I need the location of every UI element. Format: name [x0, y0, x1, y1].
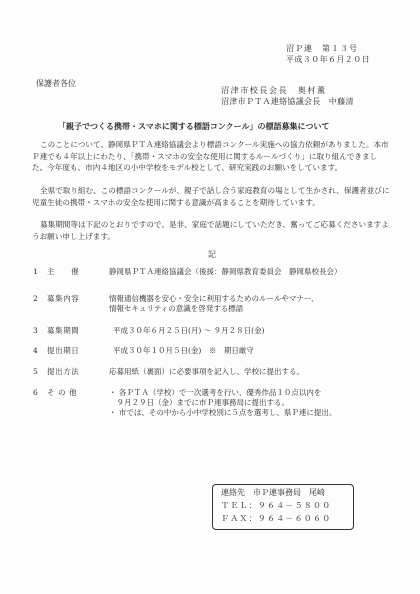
document-title: 「親子でつくる携帯・スマホに関する標語コンクール」の標語募集について: [58, 121, 329, 132]
item-label-period: 募集期間: [47, 326, 79, 336]
issue-date: 平成３０年６月２０日: [286, 55, 370, 65]
item-label-deadline: 提出期日: [47, 346, 79, 356]
item-value-other-line-3: ・ 市では、その中から小中学校別に５点を選考し、県Ｐ連に提出。: [109, 408, 336, 418]
contact-box: 連絡先 市Ｐ連事務局 尾崎 ＴＥＬ：９６４－５８００ ＦＡＸ：９６４－６０６０: [212, 484, 354, 530]
item-number: 1: [33, 267, 38, 277]
item-label-other: そ の 他: [47, 388, 77, 398]
item-number: 6: [33, 388, 38, 398]
paragraph-2-text: 全県で取り組む、この標語コンクールが、親子で話し合う家庭教育の場として生かされ、…: [32, 186, 389, 207]
item-label-content: 募集内容: [47, 294, 79, 304]
contact-tel: ＴＥＬ：９６４－５８００: [221, 500, 331, 511]
paragraph-3-text: 募集期間等は下記のとおりですので、是非、家庭で話題にしていただき、奮ってご応募く…: [32, 220, 389, 241]
item-value-other-line-1: ・ 各ＰＴＡ（学校）で一次選考を行い、優秀作品１０点以内を: [109, 388, 321, 398]
paragraph-1-text: このことについて、静岡県ＰＴＡ連絡協議会より標語コンクール実施への協力依頼があり…: [32, 140, 389, 172]
contact-fax: ＦＡＸ：９６４－６０６０: [221, 513, 331, 524]
item-value-content-line-2: 情報セキュリティの意識を啓発する標語: [109, 304, 243, 314]
item-value-other-line-2: ９月２９日（金）までに市Ｐ連事務局に提出する。: [109, 398, 289, 408]
item-value-organizer: 静岡県ＰＴＡ連絡協議会（後援：静岡県教育委員会 静岡県校長会）: [109, 267, 342, 277]
item-number: 4: [33, 346, 38, 356]
item-number: 2: [33, 294, 38, 304]
signatory-pta-council: 沼津市ＰＴＡ連絡協議会長 中藤清: [221, 97, 354, 107]
document-number: 沼Ｐ連 第１３号: [286, 44, 358, 54]
paragraph-2: 全県で取り組む、この標語コンクールが、親子で話し合う家庭教育の場として生かされ、…: [32, 185, 392, 208]
item-value-period: 平成３０年６月２５日(月) ～ ９月２８日(金): [113, 326, 264, 336]
item-value-content-line-1: 情報通信機器を安心・安全に利用するためのルールやマナー、: [109, 294, 319, 304]
item-label-method: 提出方法: [47, 367, 79, 377]
addressee: 保護者各位: [36, 79, 76, 89]
item-label-organizer: 主 催: [47, 267, 79, 277]
signatory-principals-association: 沼津市校長会長 奥村薫: [221, 86, 327, 96]
ki-heading: 記: [208, 250, 216, 260]
item-number: 5: [33, 367, 38, 377]
contact-office: 連絡先 市Ｐ連事務局 尾崎: [221, 487, 325, 498]
item-value-deadline: 平成３０年１０月５日(金) ※ 期日厳守: [113, 346, 254, 356]
item-value-method: 応募用紙（裏面）に必要事項を記入し、学校に提出する。: [109, 367, 304, 377]
paragraph-1: このことについて、静岡県ＰＴＡ連絡協議会より標語コンクール実施への協力依頼があり…: [32, 139, 392, 174]
paragraph-3: 募集期間等は下記のとおりですので、是非、家庭で話題にしていただき、奮ってご応募く…: [32, 219, 392, 242]
item-number: 3: [33, 326, 38, 336]
